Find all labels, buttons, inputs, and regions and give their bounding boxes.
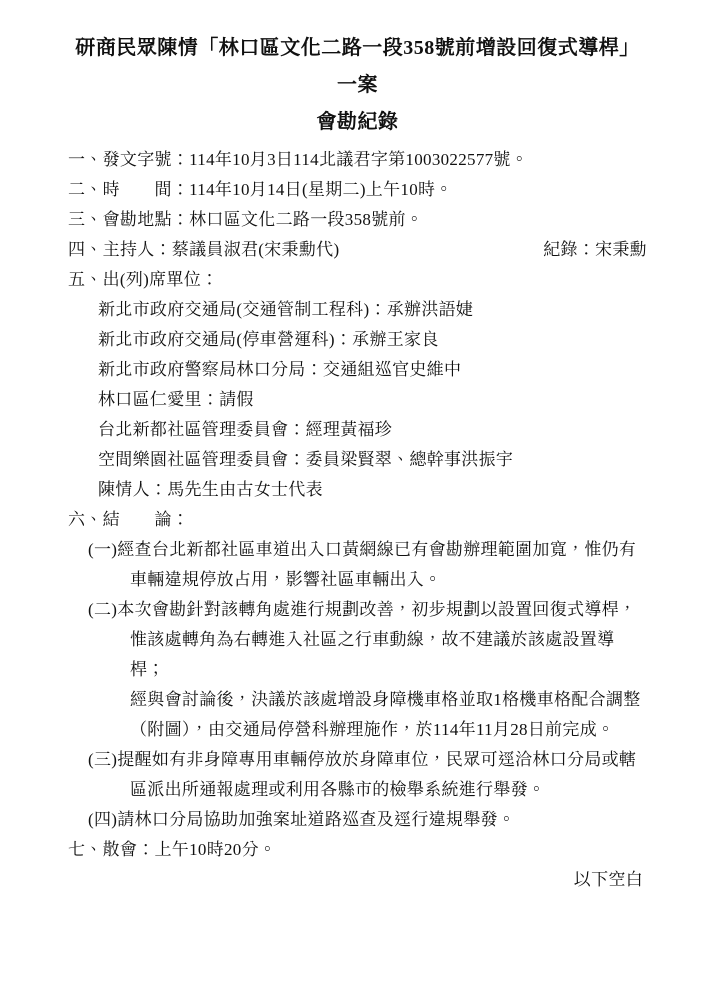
doc-line: (四)請林口分局協助加強案址道路巡查及逕行違規舉發。	[68, 805, 647, 835]
end-of-text-marker: 以下空白	[68, 865, 647, 895]
doc-line: 陳情人：馬先生由古女士代表	[68, 475, 647, 505]
doc-line: 台北新都社區管理委員會：經理黃福珍	[68, 415, 647, 445]
doc-line: (三)提醒如有非身障專用車輛停放於身障車位，民眾可逕洽林口分局或轄	[68, 745, 647, 775]
title-line-1: 研商民眾陳情「林口區文化二路一段358號前增設回復式導桿」一案	[68, 30, 647, 104]
doc-line: 新北市政府交通局(交通管制工程科)：承辦洪語婕	[68, 295, 647, 325]
doc-line: 區派出所通報處理或利用各縣市的檢舉系統進行舉發。	[68, 775, 647, 805]
doc-line: 四、主持人：蔡議員淑君(宋秉勳代)紀錄：宋秉勳	[68, 235, 647, 265]
doc-line: (一)經查台北新都社區車道出入口黃網線已有會勘辦理範圍加寬，惟仍有	[68, 535, 647, 565]
doc-line: 七、散會：上午10時20分。	[68, 835, 647, 865]
doc-line: 新北市政府警察局林口分局：交通組巡官史維中	[68, 355, 647, 385]
doc-line: (二)本次會勘針對該轉角處進行規劃改善，初步規劃以設置回復式導桿，	[68, 595, 647, 625]
doc-line: 六、結 論：	[68, 505, 647, 535]
doc-line: 空間樂園社區管理委員會：委員梁賢翠、總幹事洪振宇	[68, 445, 647, 475]
doc-line: 惟該處轉角為右轉進入社區之行車動線，故不建議於該處設置導桿；	[68, 625, 647, 685]
doc-line: 一、發文字號：114年10月3日114北議君字第1003022577號。	[68, 145, 647, 175]
doc-line: 車輛違規停放占用，影響社區車輛出入。	[68, 565, 647, 595]
title-line-2: 會勘紀錄	[68, 104, 647, 141]
document-title: 研商民眾陳情「林口區文化二路一段358號前增設回復式導桿」一案 會勘紀錄	[68, 30, 647, 141]
document-body: 一、發文字號：114年10月3日114北議君字第1003022577號。二、時 …	[68, 145, 647, 865]
doc-line: 經與會討論後，決議於該處增設身障機車格並取1格機車格配合調整	[68, 685, 647, 715]
doc-line: 三、會勘地點：林口區文化二路一段358號前。	[68, 205, 647, 235]
doc-line: 新北市政府交通局(停車營運科)：承辦王家良	[68, 325, 647, 355]
document-page: 研商民眾陳情「林口區文化二路一段358號前增設回復式導桿」一案 會勘紀錄 一、發…	[0, 0, 707, 1000]
doc-line: 五、出(列)席單位：	[68, 265, 647, 295]
doc-line-right: 紀錄：宋秉勳	[543, 235, 647, 265]
doc-line-left: 四、主持人：蔡議員淑君(宋秉勳代)	[68, 235, 339, 265]
doc-line: （附圖），由交通局停營科辦理施作，於114年11月28日前完成。	[68, 715, 647, 745]
doc-line: 二、時 間：114年10月14日(星期二)上午10時。	[68, 175, 647, 205]
doc-line: 林口區仁愛里：請假	[68, 385, 647, 415]
